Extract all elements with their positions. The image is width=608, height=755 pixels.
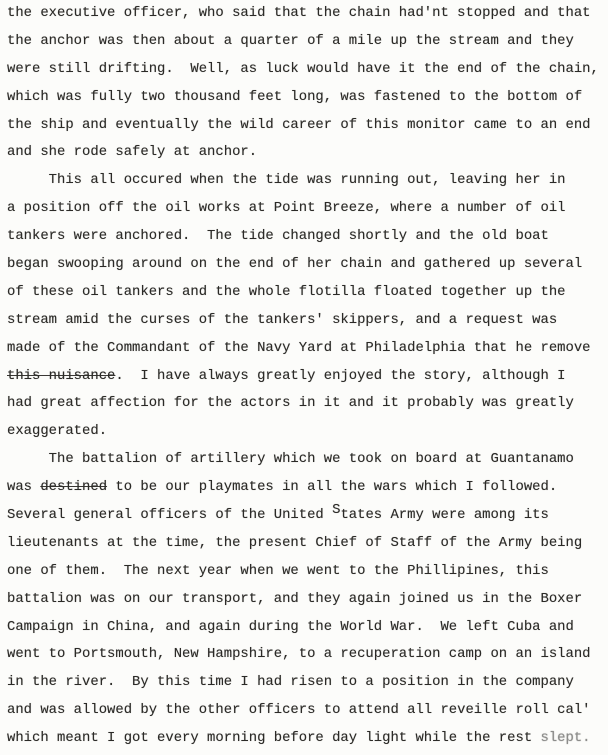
text-line: battalion was on our transport, and they… — [7, 586, 608, 614]
text-segment: . I have always greatly enjoyed the stor… — [115, 368, 565, 384]
text-line: had great affection for the actors in it… — [7, 390, 608, 418]
text-segment: the executive officer, who said that the… — [7, 5, 591, 21]
text-line: a position off the oil works at Point Br… — [7, 195, 608, 223]
text-line: of these oil tankers and the whole floti… — [7, 279, 608, 307]
text-line: which was fully two thousand feet long, … — [7, 84, 608, 112]
text-segment: and was allowed by the other officers to… — [7, 702, 591, 718]
text-line: went to Portsmouth, New Hampshire, to a … — [7, 641, 608, 669]
text-segment: were still drifting. Well, as luck would… — [7, 61, 599, 77]
text-line: and she rode safely at anchor. — [7, 139, 608, 167]
text-segment: began swooping around on the end of her … — [7, 256, 582, 272]
text-line: This all occured when the tide was runni… — [7, 167, 608, 195]
text-segment: tates Army were among its — [340, 507, 548, 523]
text-segment: had great affection for the actors in it… — [7, 395, 574, 411]
text-line: were still drifting. Well, as luck would… — [7, 56, 608, 84]
faint-text: slept. — [541, 730, 591, 746]
text-segment: Campaign in China, and again during the … — [7, 619, 574, 635]
text-segment: the anchor was then about a quarter of a… — [7, 33, 574, 49]
text-line: this nuisance. I have always greatly enj… — [7, 363, 608, 391]
document-page: the executive officer, who said that the… — [0, 0, 608, 755]
text-segment: the ship and eventually the wild career … — [7, 117, 591, 133]
text-line: which meant I got every morning before d… — [7, 725, 608, 753]
text-segment: was — [7, 479, 40, 495]
text-line: and was allowed by the other officers to… — [7, 697, 608, 725]
text-segment: which meant I got every morning before d… — [7, 730, 541, 746]
text-line: the anchor was then about a quarter of a… — [7, 28, 608, 56]
text-segment: battalion was on our transport, and they… — [7, 591, 582, 607]
text-line: one of them. The next year when we went … — [7, 558, 608, 586]
text-segment: in the river. By this time I had risen t… — [7, 674, 574, 690]
text-line: exaggerated. — [7, 418, 608, 446]
superscript-letter: S — [332, 502, 340, 518]
text-segment: stream amid the curses of the tankers' s… — [7, 312, 557, 328]
text-line: was destined to be our playmates in all … — [7, 474, 608, 502]
text-line: made of the Commandant of the Navy Yard … — [7, 335, 608, 363]
struck-text: destined — [40, 479, 107, 495]
text-line: in the river. By this time I had risen t… — [7, 669, 608, 697]
text-line: Campaign in China, and again during the … — [7, 614, 608, 642]
paragraph: This all occured when the tide was runni… — [7, 167, 608, 446]
text-segment: of these oil tankers and the whole floti… — [7, 284, 566, 300]
text-segment: made of the Commandant of the Navy Yard … — [7, 340, 591, 356]
text-line: Several general officers of the United S… — [7, 502, 608, 530]
text-segment: went to Portsmouth, New Hampshire, to a … — [7, 646, 591, 662]
text-segment: exaggerated. — [7, 423, 107, 439]
text-segment: and she rode safely at anchor. — [7, 144, 257, 160]
text-line: the executive officer, who said that the… — [7, 0, 608, 28]
text-line: lieutenants at the time, the present Chi… — [7, 530, 608, 558]
text-segment: lieutenants at the time, the present Chi… — [7, 535, 582, 551]
text-line: the ship and eventually the wild career … — [7, 112, 608, 140]
text-segment: one of them. The next year when we went … — [7, 563, 549, 579]
text-segment: which was fully two thousand feet long, … — [7, 89, 582, 105]
text-line: tankers were anchored. The tide changed … — [7, 223, 608, 251]
text-segment: Several general officers of the United — [7, 507, 332, 523]
text-segment: tankers were anchored. The tide changed … — [7, 228, 549, 244]
text-segment: This all occured when the tide was runni… — [7, 172, 566, 188]
text-line: began swooping around on the end of her … — [7, 251, 608, 279]
text-segment: a position off the oil works at Point Br… — [7, 200, 566, 216]
paragraph: the executive officer, who said that the… — [7, 0, 608, 167]
struck-text: this nuisance — [7, 368, 115, 384]
text-line: stream amid the curses of the tankers' s… — [7, 307, 608, 335]
paragraph: The battalion of artillery which we took… — [7, 446, 608, 753]
text-line: The battalion of artillery which we took… — [7, 446, 608, 474]
text-segment: The battalion of artillery which we took… — [7, 451, 574, 467]
text-segment: to be our playmates in all the wars whic… — [107, 479, 557, 495]
